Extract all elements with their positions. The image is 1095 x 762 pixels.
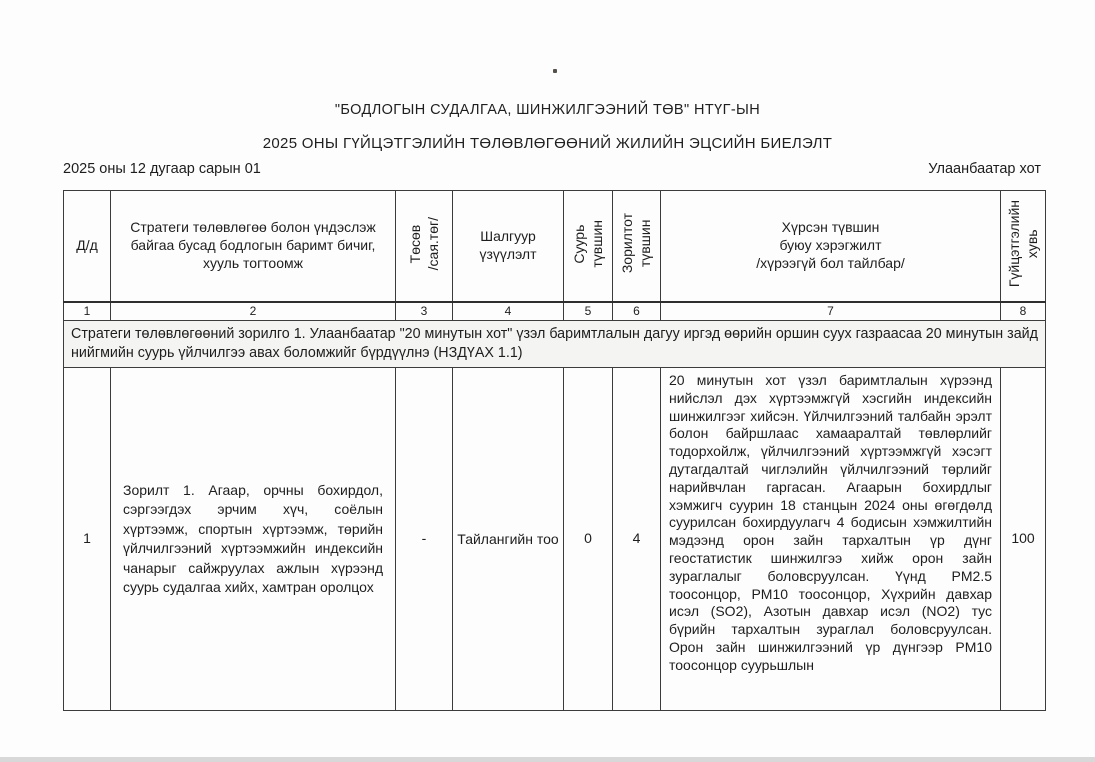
table-header-row: Д/д Стратеги төлөвлөгөө болон үндэслэж б… xyxy=(64,191,1046,303)
cell-achievement: 20 минутын хот үзэл баримтлалын хүрээнд … xyxy=(661,368,1001,711)
organization-title: "БОДЛОГЫН СУДАЛГАА, ШИНЖИЛГЭЭНИЙ ТӨВ" НТ… xyxy=(0,102,1095,118)
column-number: 8 xyxy=(1001,302,1046,321)
header-dd: Д/д xyxy=(64,191,111,303)
cell-objective: Зорилт 1. Агаар, орчны бохирдол, сэргээг… xyxy=(111,368,396,711)
report-city: Улаанбаатар хот xyxy=(928,161,1041,177)
column-number-row: 1 2 3 4 5 6 7 8 xyxy=(64,302,1046,321)
cell-performance-pct: 100 xyxy=(1001,368,1046,711)
header-performance-pct: Гүйцэтгэлийн хувь xyxy=(1001,191,1046,303)
page-edge-shadow xyxy=(0,757,1095,762)
column-number: 2 xyxy=(111,302,396,321)
scanned-document-page: "БОДЛОГЫН СУДАЛГАА, ШИНЖИЛГЭЭНИЙ ТӨВ" НТ… xyxy=(0,0,1095,762)
column-number: 1 xyxy=(64,302,111,321)
column-number: 5 xyxy=(564,302,613,321)
cell-row-number: 1 xyxy=(64,368,111,711)
header-budget-label: Төсөв /сая.төг/ xyxy=(406,217,442,270)
column-number: 7 xyxy=(661,302,1001,321)
header-indicator: Шалгуур үзүүлэлт xyxy=(453,191,564,303)
column-number: 4 xyxy=(453,302,564,321)
indicator-text: Тайлангийн тоо xyxy=(453,530,563,549)
table-row: 1 Зорилт 1. Агаар, орчны бохирдол, сэргэ… xyxy=(64,368,1046,711)
performance-table: Д/д Стратеги төлөвлөгөө болон үндэслэж б… xyxy=(63,190,1046,711)
achievement-text: 20 минутын хот үзэл баримтлалын хүрээнд … xyxy=(661,369,1000,709)
header-strategy-docs: Стратеги төлөвлөгөө болон үндэслэж байга… xyxy=(111,191,396,303)
header-budget: Төсөв /сая.төг/ xyxy=(396,191,453,303)
dateline-row: 2025 оны 12 дугаар сарын 01 Улаанбаатар … xyxy=(63,161,1041,177)
header-target-level-label: Зорилтот түвшин xyxy=(618,213,654,273)
report-date: 2025 оны 12 дугаар сарын 01 xyxy=(63,161,261,177)
scan-artifact-dot xyxy=(553,69,557,73)
objective-text: Зорилт 1. Агаар, орчны бохирдол, сэргээг… xyxy=(111,481,395,598)
header-base-level-label: Суурь түвшин xyxy=(570,220,606,268)
column-number: 6 xyxy=(613,302,661,321)
column-number: 3 xyxy=(396,302,453,321)
header-performance-pct-label: Гүйцэтгэлийн хувь xyxy=(1005,200,1041,287)
cell-target-level: 4 xyxy=(613,368,661,711)
section-row: Стратеги төлөвлөгөөний зорилго 1. Улаанб… xyxy=(64,321,1046,368)
section-goal-text: Стратеги төлөвлөгөөний зорилго 1. Улаанб… xyxy=(64,321,1046,368)
report-title: 2025 ОНЫ ГҮЙЦЭТГЭЛИЙН ТӨЛӨВЛӨГӨӨНИЙ ЖИЛИ… xyxy=(0,135,1095,152)
cell-indicator: Тайлангийн тоо xyxy=(453,368,564,711)
header-achievement: Хүрсэн түвшин буюу хэрэгжилт /хүрээгүй б… xyxy=(661,191,1001,303)
cell-base-level: 0 xyxy=(564,368,613,711)
cell-budget: - xyxy=(396,368,453,711)
header-target-level: Зорилтот түвшин xyxy=(613,191,661,303)
header-base-level: Суурь түвшин xyxy=(564,191,613,303)
